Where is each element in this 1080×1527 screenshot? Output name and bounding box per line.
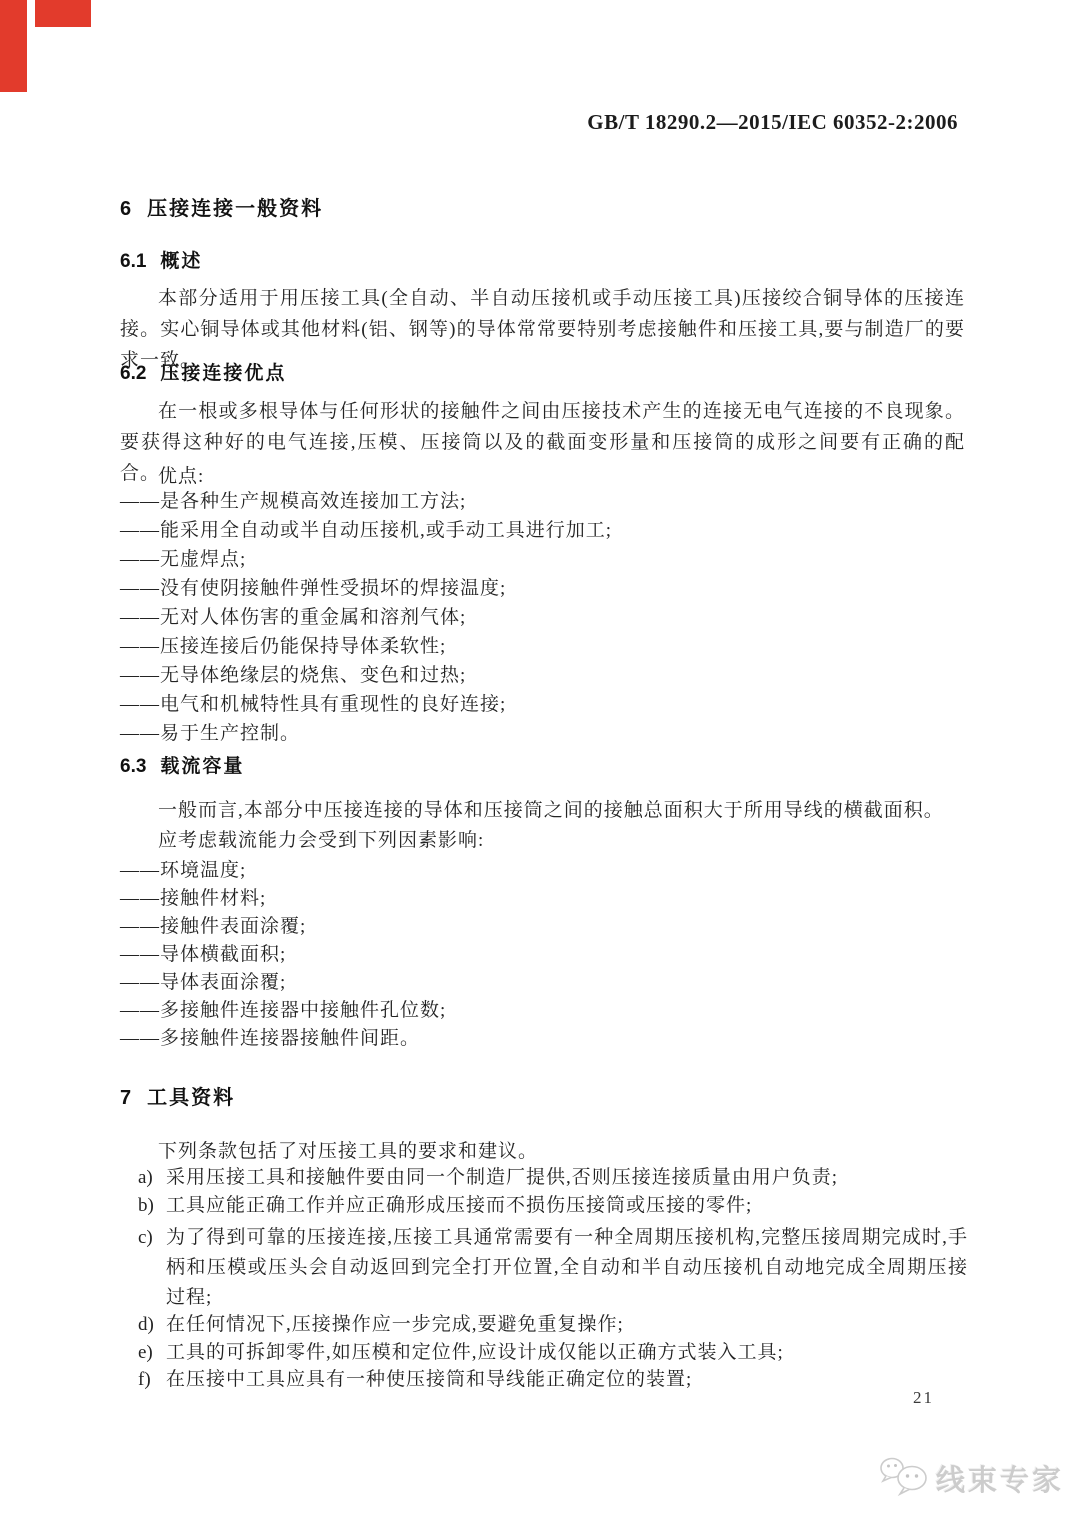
tool-requirement-item: f)在压接中工具应具有一种使压接筒和导线能正确定位的装置; [120, 1365, 968, 1394]
heading-clause-6-3: 6.3载流容量 [120, 751, 244, 778]
red-corner-mark-horizontal [35, 0, 91, 27]
list-item: ——能采用全自动或半自动压接机,或手动工具进行加工; [120, 516, 980, 545]
item-text: 在任何情况下,压接操作应一步完成,要避免重复操作; [166, 1314, 624, 1335]
paragraph-advantages: 在一根或多根导体与任何形状的接触件之间由压接技术产生的连接无电气连接的不良现象。… [120, 396, 965, 489]
list-item: ——无虚焊点; [120, 545, 980, 574]
item-letter: c) [138, 1223, 153, 1253]
paragraph-line: 应考虑载流能力会受到下列因素影响: [120, 826, 965, 856]
item-letter: b) [138, 1191, 154, 1220]
paragraph-line: 一般而言,本部分中压接连接的导体和压接筒之间的接触总面积大于所用导线的横截面积。 [120, 796, 965, 826]
clause-number: 6.2 [120, 363, 146, 384]
clause-number: 6 [120, 198, 131, 220]
list-item: ——导体表面涂覆; [120, 969, 980, 997]
item-text: 工具的可拆卸零件,如压模和定位件,应设计成仅能以正确方式装入工具; [166, 1342, 784, 1363]
list-item: ——电气和机械特性具有重现性的良好连接; [120, 690, 980, 719]
clause-title: 载流容量 [160, 756, 244, 777]
list-item: ——没有使阴接触件弹性受损坏的焊接温度; [120, 574, 980, 603]
wechat-logo-icon [878, 1455, 930, 1502]
tool-requirement-item: c)为了得到可靠的压接连接,压接工具通常需要有一种全周期压接机构,完整压接周期完… [120, 1223, 968, 1313]
heading-clause-6-2: 6.2压接连接优点 [120, 358, 286, 385]
heading-clause-6-1: 6.1概述 [120, 246, 202, 273]
list-item: ——接触件材料; [120, 885, 980, 913]
list-item: ——导体横截面积; [120, 941, 980, 969]
clause-title: 压接连接优点 [160, 363, 286, 384]
red-corner-mark-vertical [0, 0, 27, 92]
list-item: ——压接连接后仍能保持导体柔软性; [120, 632, 980, 661]
list-item: ——多接触件连接器接触件间距。 [120, 1025, 980, 1053]
item-letter: d) [138, 1310, 154, 1339]
paragraph-capacity: 一般而言,本部分中压接连接的导体和压接筒之间的接触总面积大于所用导线的横截面积。… [120, 796, 965, 856]
clause-title: 概述 [160, 251, 202, 272]
heading-clause-6: 6压接连接一般资料 [120, 192, 323, 221]
watermark-text: 线束专家 [936, 1458, 1064, 1499]
list-item: ——无导体绝缘层的烧焦、变色和过热; [120, 661, 980, 690]
tools-intro: 下列条款包括了对压接工具的要求和建议。 [158, 1136, 538, 1163]
list-item: ——环境温度; [120, 857, 980, 885]
list-item: ——易于生产控制。 [120, 719, 980, 748]
item-text: 在压接中工具应具有一种使压接筒和导线能正确定位的装置; [166, 1369, 692, 1390]
list-item: ——无对人体伤害的重金属和溶剂气体; [120, 603, 980, 632]
watermark: 线束专家 [878, 1455, 1064, 1502]
capacity-factor-list: ——环境温度; ——接触件材料; ——接触件表面涂覆; ——导体横截面积; ——… [120, 857, 980, 1053]
list-item: ——接触件表面涂覆; [120, 913, 980, 941]
standard-code-header: GB/T 18290.2—2015/IEC 60352-2:2006 [587, 110, 958, 135]
clause-title: 压接连接一般资料 [147, 198, 323, 220]
tool-requirement-item: d)在任何情况下,压接操作应一步完成,要避免重复操作; [120, 1310, 968, 1339]
page-number: 21 [913, 1388, 934, 1408]
clause-number: 6.1 [120, 251, 146, 272]
item-letter: a) [138, 1163, 153, 1192]
item-text: 为了得到可靠的压接连接,压接工具通常需要有一种全周期压接机构,完整压接周期完成时… [166, 1227, 968, 1308]
item-text: 工具应能正确工作并应正确形成压接而不损伤压接筒或压接的零件; [166, 1195, 752, 1216]
list-item: ——是各种生产规模高效连接加工方法; [120, 487, 980, 516]
tool-requirement-item: e)工具的可拆卸零件,如压模和定位件,应设计成仅能以正确方式装入工具; [120, 1338, 968, 1367]
item-letter: e) [138, 1338, 153, 1367]
advantages-list: ——是各种生产规模高效连接加工方法; ——能采用全自动或半自动压接机,或手动工具… [120, 487, 980, 748]
advantages-list-intro: 优点: [158, 461, 204, 488]
document-page: GB/T 18290.2—2015/IEC 60352-2:2006 6压接连接… [0, 0, 1080, 1527]
item-text: 采用压接工具和接触件要由同一个制造厂提供,否则压接连接质量由用户负责; [166, 1167, 838, 1188]
tool-requirement-item: b)工具应能正确工作并应正确形成压接而不损伤压接筒或压接的零件; [120, 1191, 968, 1220]
clause-number: 7 [120, 1087, 131, 1109]
tool-requirement-item: a)采用压接工具和接触件要由同一个制造厂提供,否则压接连接质量由用户负责; [120, 1163, 968, 1192]
clause-title: 工具资料 [147, 1087, 235, 1109]
list-item: ——多接触件连接器中接触件孔位数; [120, 997, 980, 1025]
item-letter: f) [138, 1365, 151, 1394]
clause-number: 6.3 [120, 756, 146, 777]
heading-clause-7: 7工具资料 [120, 1081, 235, 1110]
